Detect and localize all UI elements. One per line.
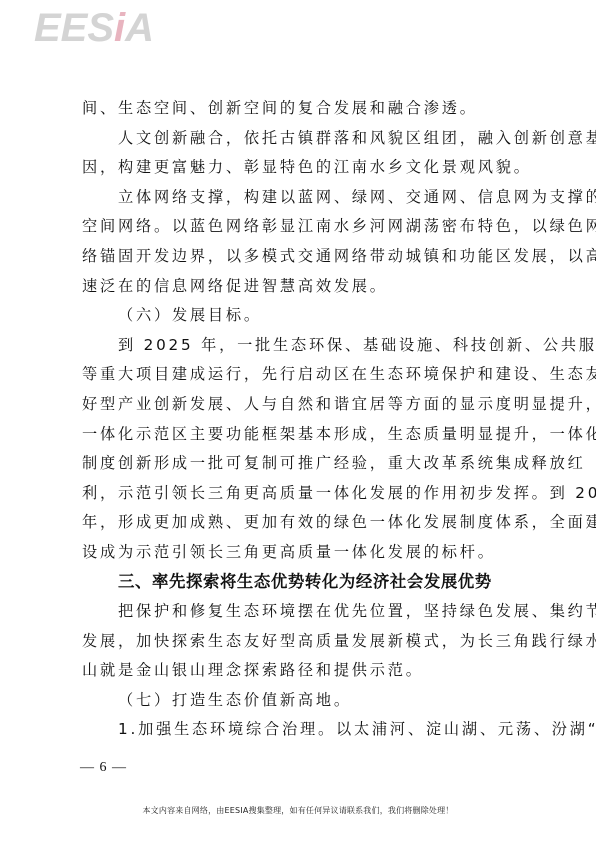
text-line: 设成为示范引领长三角更高质量一体化发展的标杆。 bbox=[82, 538, 516, 568]
text-line: 年，形成更加成熟、更加有效的绿色一体化发展制度体系，全面建 bbox=[82, 508, 516, 538]
text-line: 人文创新融合，依托古镇群落和风貌区组团，融入创新创意基 bbox=[82, 124, 516, 154]
text-line: 速泛在的信息网络促进智慧高效发展。 bbox=[82, 272, 516, 302]
footer-disclaimer: 本文内容来自网络，由EESIA搜集整理，如有任何异议请联系我们，我们将删除处理！ bbox=[0, 805, 596, 816]
text-line: （七）打造生态价值新高地。 bbox=[82, 686, 516, 716]
text-line: 一体化示范区主要功能框架基本形成，生态质量明显提升，一体化 bbox=[82, 420, 516, 450]
text-line: 1.加强生态环境综合治理。以太浦河、淀山湖、元荡、汾湖“一 bbox=[82, 715, 516, 745]
text-line: 因，构建更富魅力、彰显特色的江南水乡文化景观风貌。 bbox=[82, 153, 516, 183]
text-line: 空间网络。以蓝色网络彰显江南水乡河网湖荡密布特色，以绿色网 bbox=[82, 212, 516, 242]
text-line: 好型产业创新发展、人与自然和谐宜居等方面的显示度明显提升， bbox=[82, 390, 516, 420]
text-line: 间、生态空间、创新空间的复合发展和融合渗透。 bbox=[82, 94, 516, 124]
logo-accent-letter: i bbox=[114, 6, 125, 50]
text-line: （六）发展目标。 bbox=[82, 301, 516, 331]
text-line: 等重大项目建成运行，先行启动区在生态环境保护和建设、生态友 bbox=[82, 360, 516, 390]
section-heading: 三、率先探索将生态优势转化为经济社会发展优势 bbox=[82, 568, 516, 598]
page-number: — 6 — bbox=[80, 760, 127, 776]
text-line: 利，示范引领长三角更高质量一体化发展的作用初步发挥。到 2035 bbox=[82, 479, 516, 509]
text-line: 把保护和修复生态环境摆在优先位置，坚持绿色发展、集约节约 bbox=[82, 597, 516, 627]
text-line: 发展，加快探索生态友好型高质量发展新模式，为长三角践行绿水青 bbox=[82, 627, 516, 657]
text-line: 山就是金山银山理念探索路径和提供示范。 bbox=[82, 656, 516, 686]
text-line: 络锚固开发边界，以多模式交通网络带动城镇和功能区发展，以高 bbox=[82, 242, 516, 272]
text-line: 到 2025 年，一批生态环保、基础设施、科技创新、公共服务 bbox=[82, 331, 516, 361]
text-line: 制度创新形成一批可复制可推广经验，重大改革系统集成释放红 bbox=[82, 449, 516, 479]
text-line: 立体网络支撑，构建以蓝网、绿网、交通网、信息网为支撑的 bbox=[82, 183, 516, 213]
eesia-logo: EESiA bbox=[34, 8, 154, 48]
document-body: 间、生态空间、创新空间的复合发展和融合渗透。人文创新融合，依托古镇群落和风貌区组… bbox=[82, 94, 516, 745]
logo-text-end: A bbox=[125, 6, 154, 50]
logo-text: EES bbox=[34, 6, 114, 50]
